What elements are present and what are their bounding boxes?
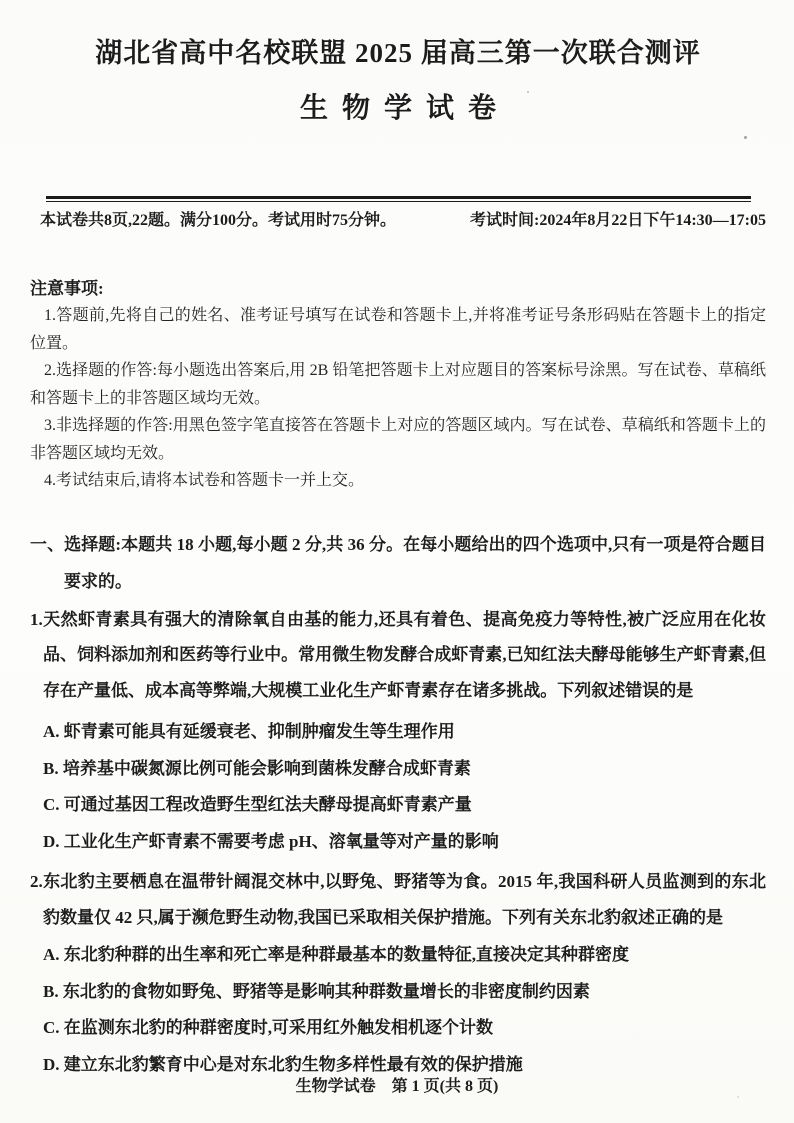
exam-info-row: 本试卷共8页,22题。满分100分。考试用时75分钟。 考试时间:2024年8月… xyxy=(40,210,766,232)
notice-item-1: 1.答题前,先将自己的姓名、准考证号填写在试卷和答题卡上,并将准考证号条形码贴在… xyxy=(30,302,766,357)
section-1-header: 一、选择题:本题共 18 小题,每小题 2 分,共 36 分。在每小题给出的四个… xyxy=(30,526,766,600)
paper-title: 生物学试卷 xyxy=(30,93,766,125)
exam-title: 湖北省高中名校联盟 2025 届高三第一次联合测评 xyxy=(30,38,766,69)
notice-item-4: 4.考试结束后,请将本试卷和答题卡一并上交。 xyxy=(30,467,766,495)
notice-title: 注意事项: xyxy=(30,276,766,302)
question-2-option-c: C. 在监测东北豹的种群密度时,可采用红外触发相机逐个计数 xyxy=(43,1010,766,1047)
notice-list: 1.答题前,先将自己的姓名、准考证号填写在试卷和答题卡上,并将准考证号条形码贴在… xyxy=(30,302,766,495)
question-1-options: A. 虾青素可能具有延缓衰老、抑制肿瘤发生等生理作用 B. 培养基中碳氮源比例可… xyxy=(43,714,766,860)
paper-info-text: 本试卷共8页,22题。满分100分。考试用时75分钟。 xyxy=(40,210,396,232)
question-2-option-b: B. 东北豹的食物如野兔、野猪等是影响其种群数量增长的非密度制约因素 xyxy=(43,974,766,1011)
question-2-options: A. 东北豹种群的出生率和死亡率是种群最基本的数量特征,直接决定其种群密度 B.… xyxy=(43,937,766,1083)
question-2: 2.东北豹主要栖息在温带针阔混交林中,以野兔、野猪等为食。2015 年,我国科研… xyxy=(30,864,766,1083)
question-1-option-b: B. 培养基中碳氮源比例可能会影响到菌株发酵合成虾青素 xyxy=(43,751,766,788)
scan-speck xyxy=(737,1096,739,1098)
question-1-option-a: A. 虾青素可能具有延缓衰老、抑制肿瘤发生等生理作用 xyxy=(43,714,766,751)
scan-speck xyxy=(527,91,529,93)
question-1-stem: 1.天然虾青素具有强大的清除氧自由基的能力,还具有着色、提高免疫力等特性,被广泛… xyxy=(30,602,766,709)
question-1-option-c: C. 可通过基因工程改造野生型红法夫酵母提高虾青素产量 xyxy=(43,787,766,824)
question-2-stem: 2.东北豹主要栖息在温带针阔混交林中,以野兔、野猪等为食。2015 年,我国科研… xyxy=(30,864,766,935)
page-footer: 生物学试卷 第 1 页(共 8 页) xyxy=(0,1077,794,1097)
question-1-option-d: D. 工业化生产虾青素不需要考虑 pH、溶氧量等对产量的影响 xyxy=(43,824,766,861)
notice-item-3: 3.非选择题的作答:用黑色签字笔直接答在答题卡上对应的答题区域内。写在试卷、草稿… xyxy=(30,412,766,467)
notice-item-2: 2.选择题的作答:每小题选出答案后,用 2B 铅笔把答题卡上对应题目的答案标号涂… xyxy=(30,357,766,412)
question-2-option-a: A. 东北豹种群的出生率和死亡率是种群最基本的数量特征,直接决定其种群密度 xyxy=(43,937,766,974)
exam-time-text: 考试时间:2024年8月22日下午14:30—17:05 xyxy=(470,210,766,232)
exam-paper-page: 湖北省高中名校联盟 2025 届高三第一次联合测评 生物学试卷 本试卷共8页,2… xyxy=(0,0,794,1123)
double-rule-divider xyxy=(46,196,751,202)
question-1: 1.天然虾青素具有强大的清除氧自由基的能力,还具有着色、提高免疫力等特性,被广泛… xyxy=(30,602,766,861)
scan-speck xyxy=(744,136,747,139)
